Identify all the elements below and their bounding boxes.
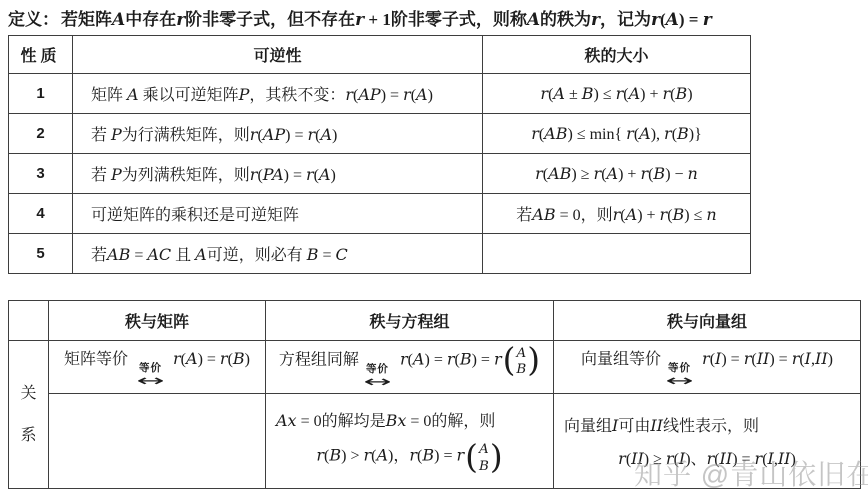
rank-size-cell: r(AB) ≥ r(A) + r(B) − n [483, 154, 751, 194]
table2-header-row: 秩与矩阵 秩与方程组 秩与向量组 [9, 301, 861, 341]
table2-header-vectors: 秩与向量组 [554, 301, 861, 341]
table-row: 2 若 P为行满秩矩阵，则r(AP) = r(A) r(AB) ≤ min{ r… [9, 114, 751, 154]
matrix-equivalence-cell: 矩阵等价 等价↔ r(A) = r(B) [49, 341, 266, 394]
equation-solution-line1: Ax = 0的解均是Bx = 0的解，则 [276, 408, 543, 431]
row-number: 1 [9, 74, 73, 114]
definition-line: 定义：若矩阵A中存在r阶非零子式，但不存在r + 1阶非零子式，则称A的秩为r，… [8, 5, 712, 30]
row-number: 5 [9, 234, 73, 274]
equivalence-arrow-icon: 等价↔ [668, 364, 691, 388]
table1-header-row: 性质 可逆性 秩的大小 [9, 36, 751, 74]
row-number: 3 [9, 154, 73, 194]
stacked-matrix-notation: (AB) [465, 441, 502, 473]
invertibility-cell: 若 P为列满秩矩阵，则r(PA) = r(A) [73, 154, 483, 194]
equivalence-arrow-icon: 等价↔ [366, 365, 389, 389]
zhihu-watermark: 知乎 @青山依旧在 [634, 453, 868, 493]
invertibility-cell: 若AB = AC 且 A可逆，则必有 B = C [73, 234, 483, 274]
invertibility-cell: 矩阵 A 乘以可逆矩阵P，其秩不变：r(AP) = r(A) [73, 74, 483, 114]
rank-size-cell: r(A ± B) ≤ r(A) + r(B) [483, 74, 751, 114]
equivalence-arrow-icon: 等价↔ [139, 364, 162, 388]
table2-header-equations: 秩与方程组 [266, 301, 554, 341]
table1-header-property: 性质 [9, 36, 73, 74]
definition-text: 若矩阵A中存在r阶非零子式，但不存在r + 1阶非零子式，则称A的秩为r，记为r… [61, 10, 712, 29]
row-number: 4 [9, 194, 73, 234]
definition-label: 定义： [8, 10, 59, 29]
table1-header-invertibility: 可逆性 [73, 36, 483, 74]
table-row: 4 可逆矩阵的乘积还是可逆矩阵 若AB = 0，则r(A) + r(B) ≤ n [9, 194, 751, 234]
invertibility-cell: 可逆矩阵的乘积还是可逆矩阵 [73, 194, 483, 234]
rank-size-cell: 若AB = 0，则r(A) + r(B) ≤ n [483, 194, 751, 234]
vector-representation-line1: 向量组I可由II线性表示，则 [564, 413, 850, 436]
rank-size-cell [483, 234, 751, 274]
document-page: 定义：若矩阵A中存在r阶非零子式，但不存在r + 1阶非零子式，则称A的秩为r，… [0, 0, 868, 500]
row-number: 2 [9, 114, 73, 154]
stacked-matrix-notation: (AB) [503, 345, 540, 377]
table2-header-corner [9, 301, 49, 341]
table-row: 关系 矩阵等价 等价↔ r(A) = r(B) 方程组同解等价↔ r(A) = … [9, 341, 861, 394]
rank-properties-table: 性质 可逆性 秩的大小 1 矩阵 A 乘以可逆矩阵P，其秩不变：r(AP) = … [8, 35, 751, 274]
matrix-empty-cell [49, 394, 266, 489]
rank-size-cell: r(AB) ≤ min{ r(A), r(B)} [483, 114, 751, 154]
vector-equivalence-cell: 向量组等价等价↔ r(I) = r(II) = r(I,II) [554, 341, 861, 394]
equation-equivalence-cell: 方程组同解等价↔ r(A) = r(B) = r(AB) [266, 341, 554, 394]
table1-header-rank-size: 秩的大小 [483, 36, 751, 74]
equation-solution-cell: Ax = 0的解均是Bx = 0的解，则 r(B) > r(A)，r(B) = … [266, 394, 554, 489]
table-row: 5 若AB = AC 且 A可逆，则必有 B = C [9, 234, 751, 274]
table2-header-matrix: 秩与矩阵 [49, 301, 266, 341]
table-row: 1 矩阵 A 乘以可逆矩阵P，其秩不变：r(AP) = r(A) r(A ± B… [9, 74, 751, 114]
relation-row-label: 关系 [9, 341, 49, 489]
invertibility-cell: 若 P为行满秩矩阵，则r(AP) = r(A) [73, 114, 483, 154]
table-row: 3 若 P为列满秩矩阵，则r(PA) = r(A) r(AB) ≥ r(A) +… [9, 154, 751, 194]
equation-solution-line2: r(B) > r(A)，r(B) = r(AB) [276, 441, 543, 473]
